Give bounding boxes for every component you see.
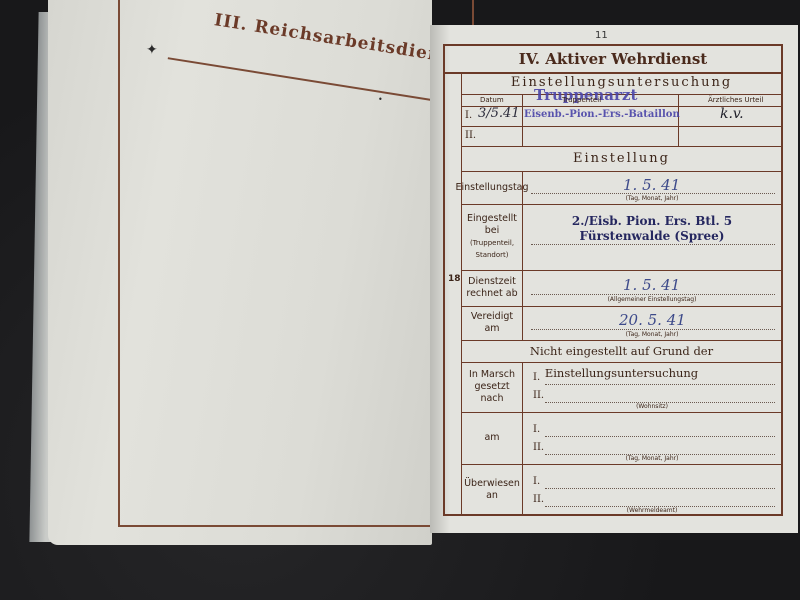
col-urteil: Ärztliches Urteil (708, 96, 763, 104)
side-number: 18 (448, 274, 461, 284)
field-caption: (Wehrmeldeamt) (523, 507, 781, 514)
dotted-line (545, 488, 775, 489)
form-body: Einstellungsuntersuchung Truppenarzt Dat… (461, 72, 781, 514)
field-einstellungstag: Einstellungstag 1. 5. 41 (Tag, Monat, Ja… (462, 172, 781, 205)
field-value: I. II. (Wohnsitz) (523, 362, 781, 412)
line-num: II. (533, 442, 544, 453)
field-caption: (Tag, Monat, Jahr) (523, 195, 781, 202)
line-num: I. (533, 372, 540, 383)
label-text: Eingestellt bei (467, 213, 517, 236)
field-caption: (Tag, Monat, Jahr) (523, 455, 781, 462)
exam-row-1: I. 3/5.41 Eisenb.-Pion.-Ers.-Bataillon k… (462, 106, 781, 127)
handwritten-date: 1. 5. 41 (623, 176, 680, 194)
field-value: I. II. (Wehrmeldeamt) (523, 464, 781, 516)
form-title: IV. Aktiver Wehrdienst (445, 46, 781, 74)
unit-line-2: Fürstenwalde (Spree) (580, 229, 725, 243)
ink-mark: • (378, 95, 383, 104)
dotted-line (531, 244, 775, 245)
wehrdienst-form: IV. Aktiver Wehrdienst Einstellungsunter… (443, 44, 783, 516)
col-datum: Datum (480, 96, 504, 104)
handwritten-date: 20. 5. 41 (619, 311, 686, 329)
field-label: Dienstzeit rechnet ab (462, 270, 523, 306)
section-einstellung: Einstellung (462, 147, 781, 172)
exam-verdict: k.v. (720, 106, 744, 122)
exam-row-2: II. (462, 126, 781, 147)
field-in-marsch: In Marsch gesetzt nach I. II. (Wohnsitz) (462, 362, 781, 413)
line-num: I. (533, 476, 540, 487)
col-truppenteil: Truppenteil (562, 96, 601, 104)
line-num: I. (533, 424, 540, 435)
exam-unit-stamp: Eisenb.-Pion.-Ers.-Bataillon (524, 109, 680, 120)
unit-stamp: 2./Eisb. Pion. Ers. Btl. 5 Fürstenwalde … (523, 214, 781, 244)
ink-mark: ✦ (146, 42, 158, 58)
field-label: Eingestellt bei(Truppenteil, Standort) (462, 204, 523, 270)
field-label: am (462, 412, 523, 464)
dotted-line (531, 294, 775, 295)
field-label: Vereidigt am (462, 306, 523, 340)
field-value: 20. 5. 41 (Tag, Monat, Jahr) (523, 306, 781, 340)
field-label: Überwiesen an (462, 464, 523, 516)
field-eingestellt-bei: Eingestellt bei(Truppenteil, Standort) 2… (462, 204, 781, 271)
field-dienstzeit: Dienstzeit rechnet ab 1. 5. 41 (Allgemei… (462, 270, 781, 307)
row-num: II. (465, 130, 476, 141)
section-nicht-eingestellt: Nicht eingestellt auf Grund der Einstell… (462, 340, 781, 363)
dotted-line (531, 329, 775, 330)
page-number: 11 (595, 30, 608, 41)
field-caption: (Tag, Monat, Jahr) (523, 331, 781, 338)
dotted-line (545, 436, 775, 437)
label-sub: (Truppenteil, Standort) (470, 239, 514, 259)
unit-line-1: 2./Eisb. Pion. Ers. Btl. 5 (572, 214, 732, 228)
section-heading: Einstellung (573, 151, 670, 166)
field-caption: (Allgemeiner Einstellungstag) (523, 296, 781, 303)
field-value: 1. 5. 41 (Allgemeiner Einstellungstag) (523, 270, 781, 306)
line-num: II. (533, 390, 544, 401)
field-value: 1. 5. 41 (Tag, Monat, Jahr) (523, 172, 781, 204)
field-vereidigt: Vereidigt am 20. 5. 41 (Tag, Monat, Jahr… (462, 306, 781, 341)
line-num: II. (533, 494, 544, 505)
row-num: I. (465, 110, 472, 121)
field-am: am I. II. (Tag, Monat, Jahr) (462, 412, 781, 465)
exam-date: 3/5.41 (478, 106, 520, 121)
field-label: Einstellungstag (462, 172, 523, 204)
field-label: In Marsch gesetzt nach (462, 362, 523, 412)
dotted-line (545, 384, 775, 385)
left-page: III. Reichsarbeitsdienst ✦ • (48, 0, 432, 545)
field-value: 2./Eisb. Pion. Ers. Btl. 5 Fürstenwalde … (523, 204, 781, 270)
handwritten-date: 1. 5. 41 (623, 276, 680, 294)
dotted-line (531, 193, 775, 194)
field-ueberwiesen: Überwiesen an I. II. (Wehrmeldeamt) (462, 464, 781, 516)
field-caption: (Wohnsitz) (523, 403, 781, 410)
field-value: I. II. (Tag, Monat, Jahr) (523, 412, 781, 464)
